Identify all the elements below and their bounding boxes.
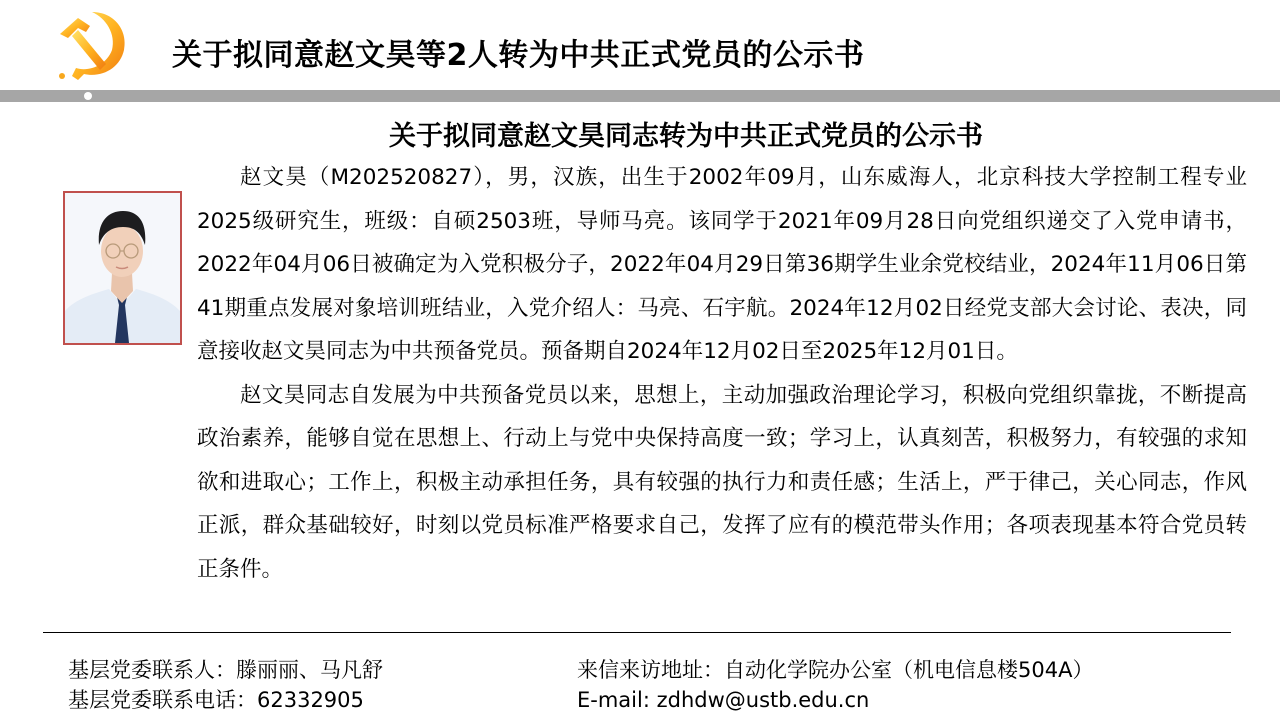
visit-address: 来信来访地址：自动化学院办公室（机电信息楼504A） bbox=[577, 655, 1093, 685]
header-divider-bar bbox=[0, 90, 1280, 102]
contact-email: E-mail: zdhdw@ustb.edu.cn bbox=[577, 685, 1093, 715]
header-title: 关于拟同意赵文昊等2人转为中共正式党员的公示书 bbox=[172, 30, 864, 74]
member-photo bbox=[63, 191, 182, 345]
contact-person: 基层党委联系人：滕丽丽、马凡舒 bbox=[68, 655, 383, 685]
document-title: 关于拟同意赵文昊同志转为中共正式党员的公示书 bbox=[0, 114, 1280, 153]
paragraph-basic-info: 赵文昊（M202520827），男，汉族，出生于2002年09月，山东威海人，北… bbox=[197, 156, 1247, 374]
footer-divider bbox=[43, 632, 1231, 633]
paragraph-evaluation: 赵文昊同志自发展为中共预备党员以来，思想上，主动加强政治理论学习，积极向党组织靠… bbox=[197, 374, 1247, 592]
bar-dot-decoration bbox=[84, 92, 92, 100]
document-body: 赵文昊（M202520827），男，汉族，出生于2002年09月，山东威海人，北… bbox=[197, 156, 1247, 591]
footer-address: 来信来访地址：自动化学院办公室（机电信息楼504A） E-mail: zdhdw… bbox=[577, 655, 1093, 715]
party-emblem-icon bbox=[48, 4, 132, 84]
contact-phone: 基层党委联系电话：62332905 bbox=[68, 685, 383, 715]
footer-contacts: 基层党委联系人：滕丽丽、马凡舒 基层党委联系电话：62332905 bbox=[68, 655, 383, 715]
